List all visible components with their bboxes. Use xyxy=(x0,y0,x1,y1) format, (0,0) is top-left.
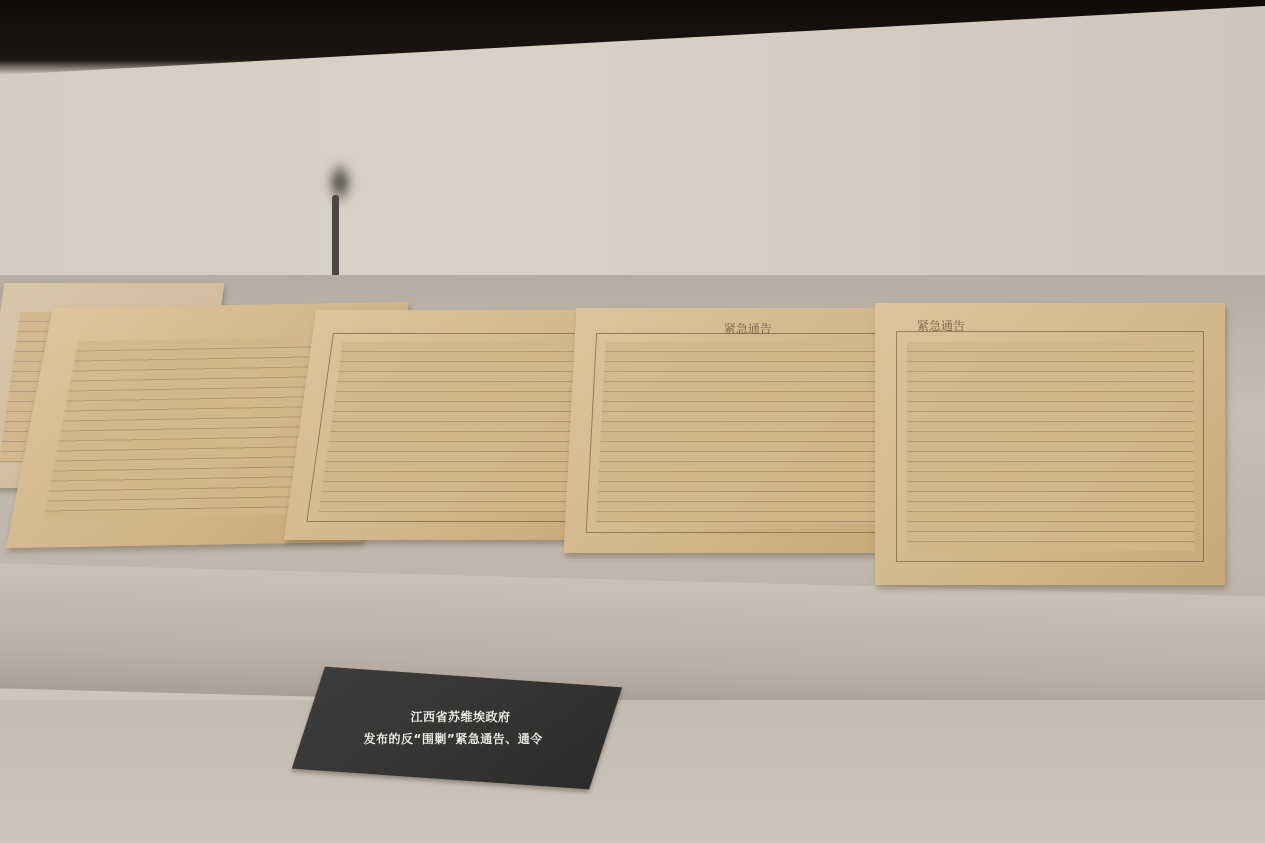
document-header: 紧急通告 xyxy=(575,320,921,337)
label-title-line-1: 江西省苏维埃政府 xyxy=(410,706,510,728)
handwritten-text-lines xyxy=(907,342,1194,551)
document-sheet-5: 紧急通告 xyxy=(875,303,1225,585)
light-fixture-head xyxy=(326,160,354,205)
lower-display-shelf xyxy=(0,700,1265,843)
light-fixture-stem xyxy=(332,195,339,277)
document-sheet-4: 紧急通告 xyxy=(564,308,922,553)
museum-display-photo: 紧急通告 紧急通告 江西省苏维埃政府 发布的反“围剿”紧急通告、通令 xyxy=(0,0,1265,843)
label-title-line-2: 发布的反“围剿”紧急通告、通令 xyxy=(364,728,543,750)
exhibit-label-card: 江西省苏维埃政府 发布的反“围剿”紧急通告、通令 xyxy=(292,667,622,790)
document-header: 紧急通告 xyxy=(917,317,1225,334)
handwritten-text-lines xyxy=(596,342,888,523)
